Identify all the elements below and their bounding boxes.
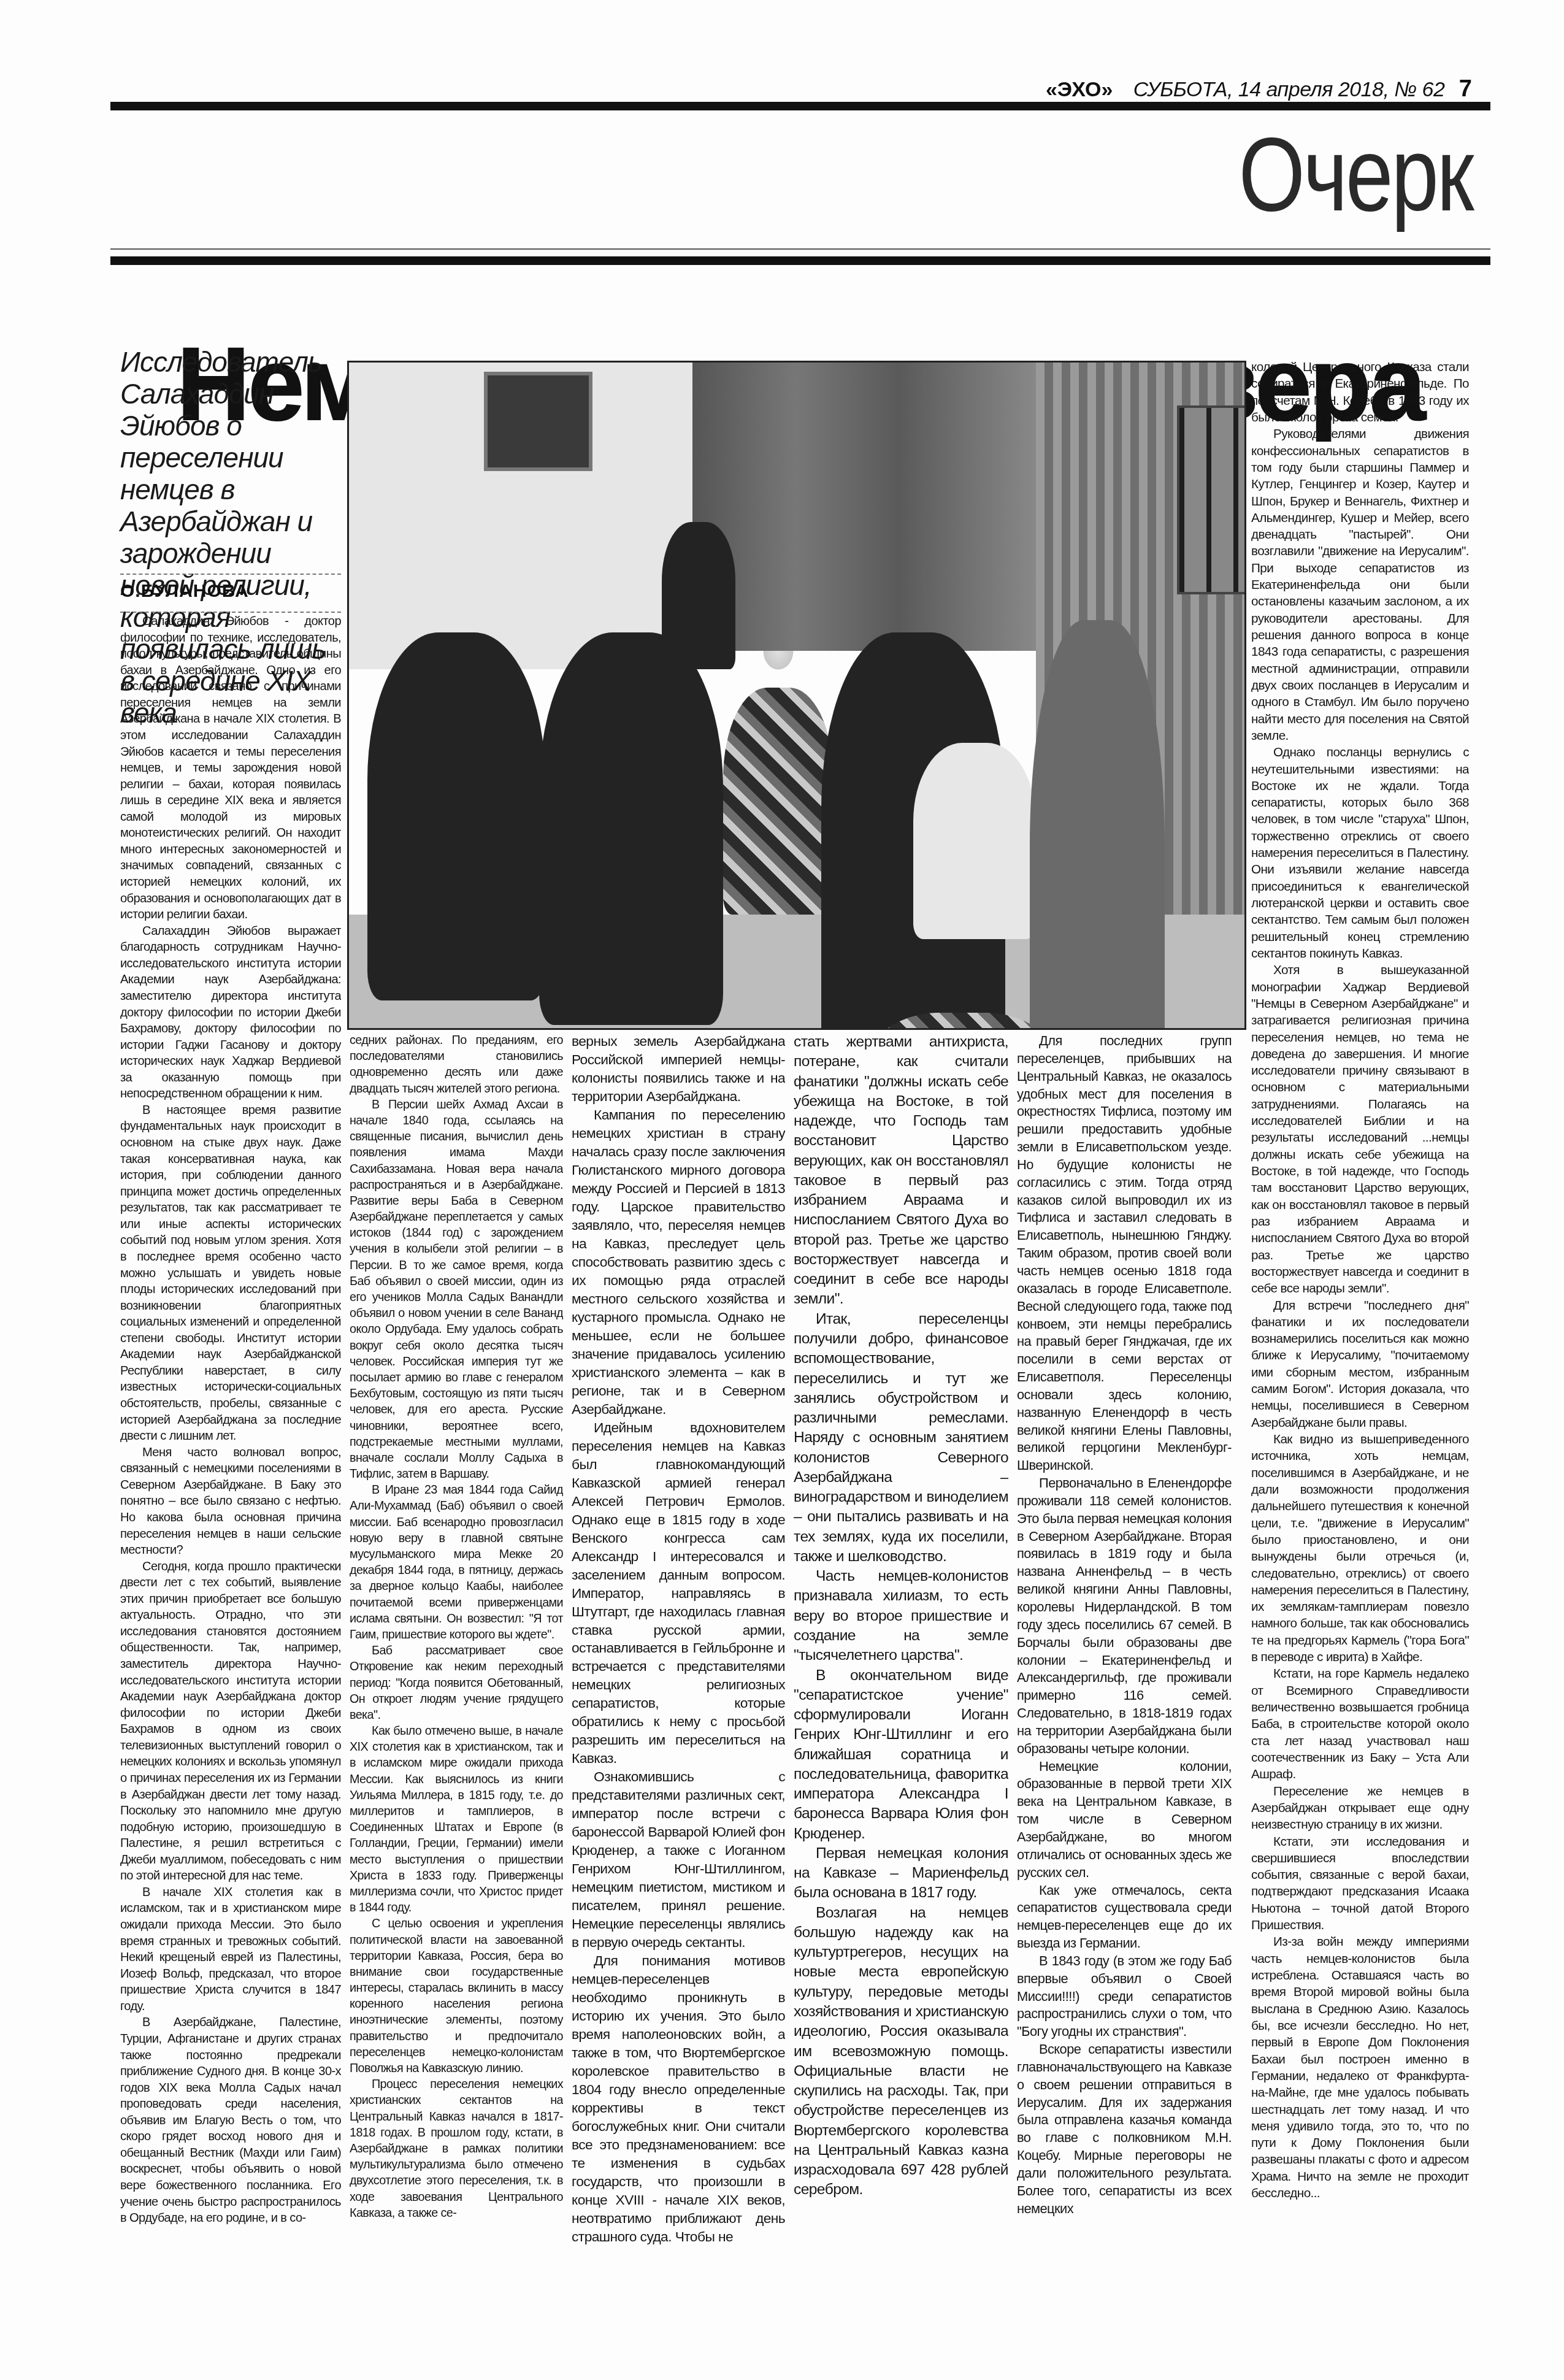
author-byline: О.БУЛАНОВА <box>120 581 249 602</box>
photo-barred-window <box>1177 405 1246 594</box>
newspaper-name: «ЭХО» <box>1046 78 1113 101</box>
paragraph: Немецкие колонии, образованные в первой … <box>1017 1758 1232 1882</box>
family-portrait-photo <box>347 361 1246 1030</box>
paragraph: Однако посланцы вернулись с неутешительн… <box>1251 744 1469 962</box>
photo-girl-left <box>367 632 545 1000</box>
photo-boy-violin <box>1030 620 1165 1030</box>
paragraph: Для последних групп переселенцев, прибыв… <box>1017 1032 1232 1475</box>
article-column-3: верных земель Азербайджана Российской им… <box>572 1032 785 2265</box>
paragraph: Салахаддин Эйюбов - доктор философии по … <box>120 613 341 923</box>
photo-window <box>484 372 592 471</box>
paragraph: В начале XIX столетия как в исламском, т… <box>120 1884 341 2015</box>
paragraph: Из-за войн между империями часть немцев-… <box>1251 1933 1469 2201</box>
paragraph: Как видно из вышеприведенного источника,… <box>1251 1431 1469 1665</box>
paragraph: колоний Центрального Кавказа стали собир… <box>1251 359 1469 426</box>
paragraph: В настоящее время развитие фундаментальн… <box>120 1102 341 1445</box>
paragraph: Идейным вдохновителем переселения немцев… <box>572 1419 785 1768</box>
photo-mother <box>539 632 723 1025</box>
paragraph: Ознакомившись с представителями различны… <box>572 1768 785 1952</box>
paragraph: Сегодня, когда прошло практически двести… <box>120 1559 341 1884</box>
article-column-4: стать жертвами антихриста, потеране, как… <box>794 1032 1008 2265</box>
page-number: 7 <box>1459 76 1472 102</box>
paragraph: В окончательном виде "сепаратистское уче… <box>794 1666 1008 1844</box>
paragraph: Кампания по переселению немецких христиа… <box>572 1106 785 1419</box>
issue-date: СУББОТА, 14 апреля 2018, № 62 <box>1133 78 1445 101</box>
paragraph: Переселение же немцев в Азербайджан откр… <box>1251 1783 1469 1833</box>
paragraph: Первоначально в Еленендорфе проживали 11… <box>1017 1475 1232 1758</box>
paragraph: Кстати, на горе Кармель недалеко от Всем… <box>1251 1665 1469 1783</box>
paragraph: В Персии шейх Ахмад Ахсаи в начале 1840 … <box>350 1097 563 1483</box>
paragraph: Возлагая на немцев большую надежду как н… <box>794 1903 1008 2200</box>
paragraph: С целью освоения и укрепления политическ… <box>350 1916 563 2076</box>
paragraph: Меня часто волновал вопрос, связанный с … <box>120 1445 341 1559</box>
photo-boy-back <box>662 522 735 669</box>
paragraph: Хотя в вышеуказанной монографии Хаджар В… <box>1251 962 1469 1297</box>
paragraph: Как уже отмечалось, секта сепаратистов с… <box>1017 1882 1232 1952</box>
paragraph: Часть немцев-колонистов признавала хилиа… <box>794 1567 1008 1665</box>
paragraph: Баб рассматривает свое Откровение как не… <box>350 1643 563 1723</box>
paragraph: Для понимания мотивов немцев-переселенце… <box>572 1952 785 2246</box>
paragraph: Процесс переселения немецких христиански… <box>350 2076 563 2221</box>
article-column-5: Для последних групп переселенцев, прибыв… <box>1017 1032 1232 2265</box>
paragraph: седних районах. По преданиям, его послед… <box>350 1032 563 1097</box>
paragraph: Итак, переселенцы получили добро, финанс… <box>794 1310 1008 1567</box>
photo-doorway <box>692 363 1036 651</box>
paragraph: В 1843 году (в этом же году Баб впервые … <box>1017 1952 1232 2041</box>
paragraph: В Иране 23 мая 1844 года Сайид Али-Мухам… <box>350 1482 563 1643</box>
photo-child-seated <box>723 688 834 915</box>
paragraph: Салахаддин Эйюбов выражает благодарность… <box>120 923 341 1102</box>
section-label: Очерк <box>1238 123 1472 227</box>
section-divider-thick <box>110 256 1490 265</box>
masthead: «ЭХО» СУББОТА, 14 апреля 2018, № 62 7 <box>110 72 1490 109</box>
article-column-2: седних районах. По преданиям, его послед… <box>350 1032 563 2265</box>
paragraph: верных земель Азербайджана Российской им… <box>572 1032 785 1106</box>
paragraph: В Азербайджане, Палестине, Турции, Афган… <box>120 2014 341 2226</box>
paragraph: Для встречи "последнего дня" фанатики и … <box>1251 1297 1469 1432</box>
paragraph: Руководителями движения конфессиональных… <box>1251 426 1469 744</box>
paragraph: Кстати, эти исследования и свершившиеся … <box>1251 1833 1469 1934</box>
masthead-rule <box>110 102 1490 110</box>
paragraph: стать жертвами антихриста, потеране, как… <box>794 1032 1008 1310</box>
article-column-1: Салахаддин Эйюбов - доктор философии по … <box>120 613 341 2263</box>
paragraph: Вскоре сепаратисты известили главноначал… <box>1017 2041 1232 2217</box>
section-divider-thin <box>110 248 1490 250</box>
paragraph: Как было отмечено выше, в начале XIX сто… <box>350 1723 563 1916</box>
article-column-6: колоний Центрального Кавказа стали собир… <box>1251 359 1469 2267</box>
byline-box: О.БУЛАНОВА <box>120 574 341 613</box>
masthead-info: «ЭХО» СУББОТА, 14 апреля 2018, № 62 7 <box>1046 76 1472 102</box>
paragraph: Первая немецкая колония на Кавказе – Мар… <box>794 1844 1008 1903</box>
photo-toddler <box>913 743 1036 939</box>
